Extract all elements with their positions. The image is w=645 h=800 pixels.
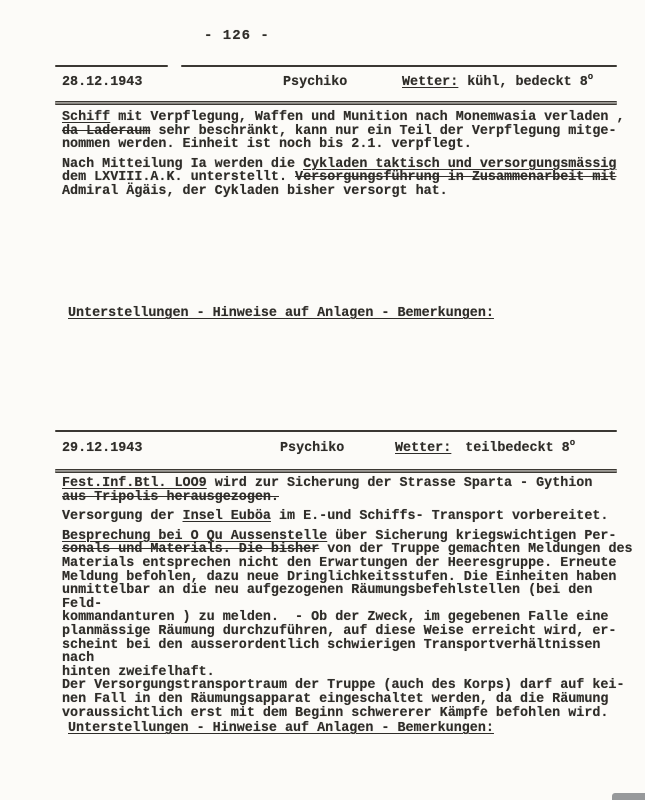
text-segment: unmittelbar an die neu aufgezogenen Räum…	[62, 583, 600, 612]
entry-2-body: Fest.Inf.Btl. LOO9 wird zur Sicherung de…	[62, 477, 637, 720]
text-segment: voraussichtlich erst mit dem Beginn schw…	[62, 706, 608, 721]
weather-value: kühl, bedeckt	[467, 75, 571, 90]
text-line: Besprechung bei O Qu Aussenstelle über S…	[62, 530, 637, 544]
text-segment: aus Tripolis herausgezogen.	[62, 490, 279, 505]
header-rule-top	[55, 430, 617, 432]
text-line: da Laderaum sehr beschränkt, kann nur ei…	[62, 125, 637, 139]
text-line: dem LXVIII.A.K. unterstellt. Versorgungs…	[62, 171, 637, 185]
header-rule-bottom	[55, 469, 617, 473]
text-segment: Insel Euböa	[183, 509, 271, 524]
paragraph: Der Versorgungstransportraum der Truppe …	[62, 679, 637, 720]
text-line: Nach Mitteilung Ia werden die Cykladen t…	[62, 158, 637, 172]
entry-1-weather: Wetter:kühl, bedeckt8o	[402, 76, 593, 90]
paragraph: Besprechung bei O Qu Aussenstelle über S…	[62, 530, 637, 680]
entry-2-place: Psychiko	[280, 442, 344, 456]
text-line: Versorgung der Insel Euböa im E.-und Sch…	[62, 510, 637, 524]
text-line: unmittelbar an die neu aufgezogenen Räum…	[62, 584, 637, 611]
text-line: voraussichtlich erst mit dem Beginn schw…	[62, 707, 637, 721]
entry-1-header-row: 28.12.1943 Psychiko Wetter:kühl, bedeckt…	[55, 76, 617, 92]
text-segment: im E.-und Schiffs- Transport vorbereitet…	[271, 509, 609, 524]
text-segment: Admiral Ägäis, der Cykladen bisher verso…	[62, 184, 448, 199]
text-line: Materials entsprechen nicht den Erwartun…	[62, 557, 637, 571]
text-line: scheint bei den ausserordentlich schwier…	[62, 639, 637, 666]
scan-corner-artifact	[612, 793, 645, 800]
weather-value: teilbedeckt	[465, 441, 553, 456]
page-number: - 126 -	[204, 30, 270, 44]
scanned-war-diary-page: - 126 - 28.12.1943 Psychiko Wetter:kühl,…	[0, 0, 645, 800]
entry-1-body: Schiff mit Verpflegung, Waffen und Munit…	[62, 111, 637, 199]
weather-label: Wetter:	[395, 441, 451, 456]
header-rule-top-left	[55, 65, 168, 67]
paragraph: Fest.Inf.Btl. LOO9 wird zur Sicherung de…	[62, 477, 637, 504]
temperature: 8	[562, 441, 570, 456]
text-line: hinten zweifelhaft.	[62, 666, 637, 680]
entry-1-anlagen-heading: Unterstellungen - Hinweise auf Anlagen -…	[68, 307, 494, 321]
text-line: Admiral Ägäis, der Cykladen bisher verso…	[62, 185, 637, 199]
entry-2-weather: Wetter:teilbedeckt8o	[395, 442, 575, 456]
text-line: Schiff mit Verpflegung, Waffen und Munit…	[62, 111, 637, 125]
text-line: sonals und Materials. Die bisher von der…	[62, 543, 637, 557]
paragraph: Versorgung der Insel Euböa im E.-und Sch…	[62, 510, 637, 524]
text-line: nommen werden. Einheit ist noch bis 2.1.…	[62, 138, 637, 152]
paragraph: Nach Mitteilung Ia werden die Cykladen t…	[62, 158, 637, 199]
entry-2-header: 29.12.1943 Psychiko Wetter:teilbedeckt8o	[55, 430, 617, 474]
paragraph: Schiff mit Verpflegung, Waffen und Munit…	[62, 111, 637, 152]
text-line: planmässige Räumung durchzuführen, auf d…	[62, 625, 637, 639]
temperature-degree: o	[588, 72, 593, 82]
text-line: Fest.Inf.Btl. LOO9 wird zur Sicherung de…	[62, 477, 637, 491]
text-line: kommandanturen ) zu melden. - Ob der Zwe…	[62, 611, 637, 625]
text-line: aus Tripolis herausgezogen.	[62, 491, 637, 505]
temperature-degree: o	[570, 438, 575, 448]
text-line: nen Fall in den Räumungsapparat eingesch…	[62, 693, 637, 707]
entry-1-header: 28.12.1943 Psychiko Wetter:kühl, bedeckt…	[55, 64, 617, 106]
text-segment: nommen werden. Einheit ist noch bis 2.1.…	[62, 137, 472, 152]
temperature: 8	[580, 75, 588, 90]
entry-2-date: 29.12.1943	[62, 442, 142, 456]
entry-2-header-row: 29.12.1943 Psychiko Wetter:teilbedeckt8o	[55, 442, 617, 458]
text-line: Der Versorgungstransportraum der Truppe …	[62, 679, 637, 693]
text-line: Meldung befohlen, dazu neue Dringlichkei…	[62, 571, 637, 585]
header-rule-bottom	[55, 101, 617, 105]
entry-1-date: 28.12.1943	[62, 76, 142, 90]
entry-1-place: Psychiko	[283, 76, 347, 90]
entry-2-anlagen-heading: Unterstellungen - Hinweise auf Anlagen -…	[68, 722, 494, 736]
text-segment: scheint bei den ausserordentlich schwier…	[62, 638, 608, 667]
header-rule-top-right	[181, 65, 617, 67]
weather-label: Wetter:	[402, 75, 458, 90]
text-segment: Versorgung der	[62, 509, 183, 524]
